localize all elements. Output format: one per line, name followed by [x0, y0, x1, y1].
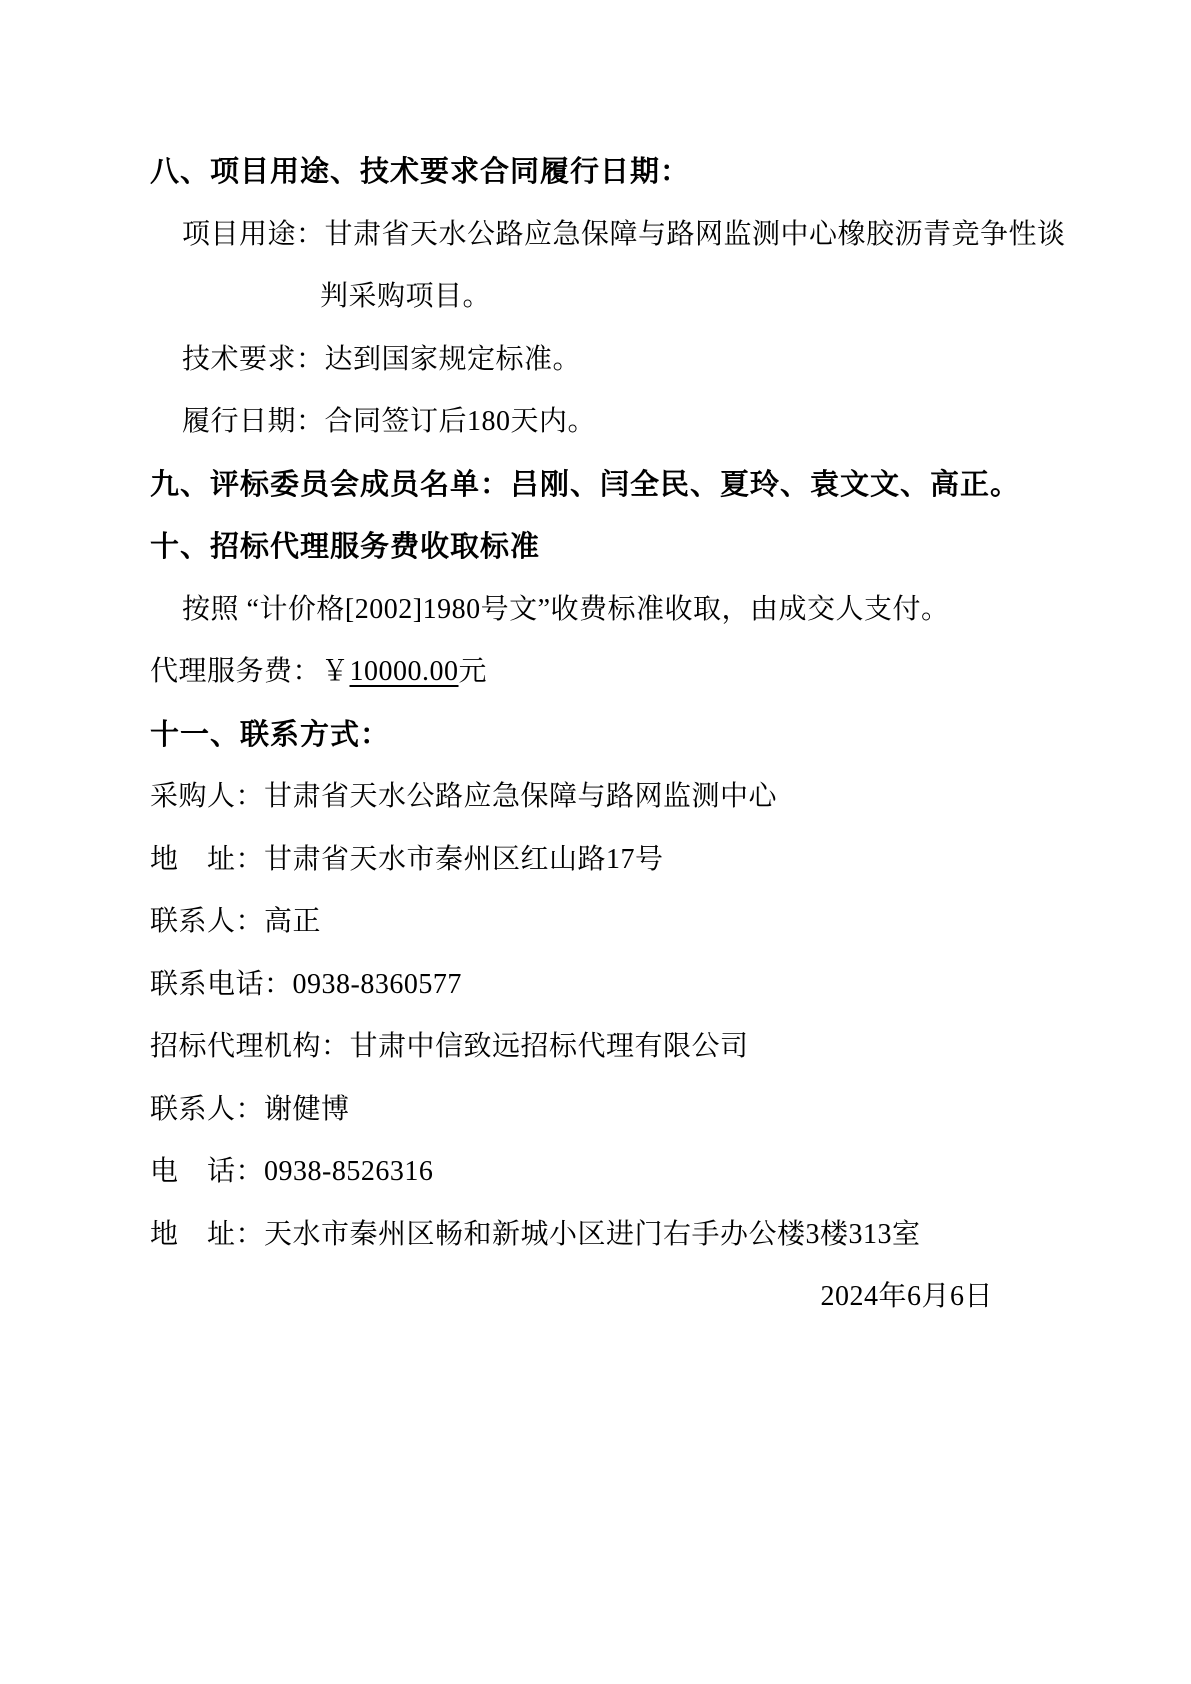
purchaser-contact-line: 联系人：高正: [150, 891, 1043, 954]
purchaser-address-line: 地 址：甘肃省天水市秦州区红山路17号: [150, 829, 1043, 892]
document-date: 2024年6月6日: [150, 1266, 1043, 1329]
agency-line: 招标代理机构：甘肃中信致远招标代理有限公司: [150, 1016, 1043, 1079]
project-purpose-line: 项目用途：甘肃省天水公路应急保障与路网监测中心橡胶沥青竞争性谈: [150, 204, 1043, 267]
section-9-heading: 九、评标委员会成员名单：吕刚、闫全民、夏玲、袁文文、高正。: [150, 454, 1043, 517]
agency-fee-amount: 10000.00: [350, 656, 459, 687]
document-page: 八、项目用途、技术要求合同履行日期： 项目用途：甘肃省天水公路应急保障与路网监测…: [0, 0, 1191, 1684]
agency-phone-line: 电 话：0938-8526316: [150, 1141, 1043, 1204]
purchaser-line: 采购人：甘肃省天水公路应急保障与路网监测中心: [150, 766, 1043, 829]
agency-address-line: 地 址：天水市秦州区畅和新城小区进门右手办公楼3楼313室: [150, 1204, 1043, 1267]
agency-contact-line: 联系人：谢健博: [150, 1079, 1043, 1142]
section-8-heading: 八、项目用途、技术要求合同履行日期：: [150, 141, 1043, 204]
technical-requirements-line: 技术要求：达到国家规定标准。: [150, 329, 1043, 392]
fee-basis-line: 按照 “计价格[2002]1980号文”收费标准收取，由成交人支付。: [150, 579, 1043, 642]
agency-fee-label: 代理服务费：￥: [150, 656, 350, 687]
section-11-heading: 十一、联系方式：: [150, 704, 1043, 767]
project-purpose-continuation: 判采购项目。: [150, 266, 1043, 329]
agency-fee-line: 代理服务费：￥10000.00元: [150, 641, 1043, 704]
section-10-heading: 十、招标代理服务费收取标准: [150, 516, 1043, 579]
agency-fee-unit: 元: [459, 656, 488, 687]
purchaser-phone-line: 联系电话：0938-8360577: [150, 954, 1043, 1017]
performance-date-line: 履行日期：合同签订后180天内。: [150, 391, 1043, 454]
